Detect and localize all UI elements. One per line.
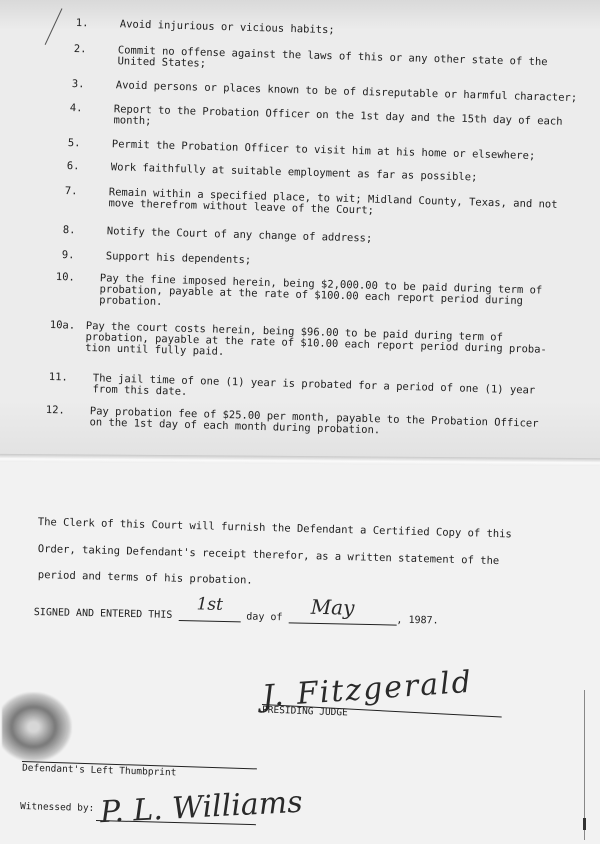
condition-text: Work faithfully at suitable employment a…: [111, 162, 478, 183]
signed-prefix: SIGNED AND ENTERED THIS: [34, 607, 173, 621]
condition-line: Avoid injurious or vicious habits;: [120, 19, 335, 36]
condition-number: 1.: [76, 18, 89, 29]
condition-line: Avoid persons or places known to be of d…: [116, 80, 578, 104]
month-handwritten: May: [310, 595, 354, 620]
condition-text: Notify the Court of any change of addres…: [107, 226, 373, 244]
witnessed-by-label: Witnessed by:: [20, 801, 95, 814]
condition-number: 4.: [70, 103, 83, 114]
condition-text: Pay the fine imposed herein, being $2,00…: [99, 273, 542, 318]
condition-number: 10a.: [50, 320, 76, 332]
condition-number: 11.: [49, 372, 68, 384]
condition-text: Avoid persons or places known to be of d…: [116, 80, 578, 104]
condition-text: Avoid injurious or vicious habits;: [120, 19, 335, 36]
day-handwritten: 1st: [196, 594, 223, 615]
clerk-paragraph-line: The Clerk of this Court will furnish the…: [38, 516, 512, 540]
condition-number: 10.: [56, 272, 75, 284]
condition-number: 6.: [67, 161, 80, 172]
thumbprint-image: [2, 692, 72, 762]
condition-text: Remain within a specified place, to wit;…: [108, 187, 557, 222]
day-blank[interactable]: 1st: [178, 608, 240, 622]
condition-text: Support his dependents;: [106, 251, 252, 266]
condition-text: Report to the Probation Officer on the 1…: [113, 104, 562, 139]
condition-text: Pay probation fee of $25.00 per month, p…: [89, 406, 538, 441]
clerk-paragraph-line: period and terms of his probation.: [38, 569, 253, 587]
condition-line: Notify the Court of any change of addres…: [107, 226, 373, 244]
scan-mark: [45, 8, 63, 45]
condition-number: 2.: [74, 44, 87, 55]
presiding-judge-label: PRESIDING JUDGE: [262, 705, 348, 719]
scan-edge-dot: [583, 818, 586, 830]
month-blank[interactable]: May: [288, 610, 396, 625]
condition-text: Pay the court costs herein, being $96.00…: [85, 321, 547, 367]
condition-number: 8.: [63, 225, 76, 236]
condition-number: 5.: [68, 138, 81, 149]
witness-signature: P. L. Williams: [99, 785, 303, 831]
condition-line: Work faithfully at suitable employment a…: [111, 162, 478, 183]
condition-text: Permit the Probation Officer to visit hi…: [112, 139, 536, 162]
condition-number: 12.: [46, 405, 65, 417]
condition-text: Commit no offense against the laws of th…: [117, 45, 547, 79]
probation-order-document: 1.Avoid injurious or vicious habits;2.Co…: [0, 0, 600, 844]
signed-middle: day of: [246, 611, 282, 623]
condition-number: 7.: [65, 186, 78, 197]
signed-suffix: , 1987.: [396, 615, 438, 627]
clerk-paragraph-line: Order, taking Defendant's receipt theref…: [38, 543, 500, 567]
condition-text: The jail time of one (1) year is probate…: [92, 373, 535, 407]
condition-number: 3.: [72, 79, 85, 90]
condition-line: Permit the Probation Officer to visit hi…: [112, 139, 536, 162]
condition-number: 9.: [62, 250, 75, 261]
condition-line: Support his dependents;: [106, 251, 252, 266]
signed-entered-line: SIGNED AND ENTERED THIS 1st day of May ,…: [34, 605, 439, 626]
